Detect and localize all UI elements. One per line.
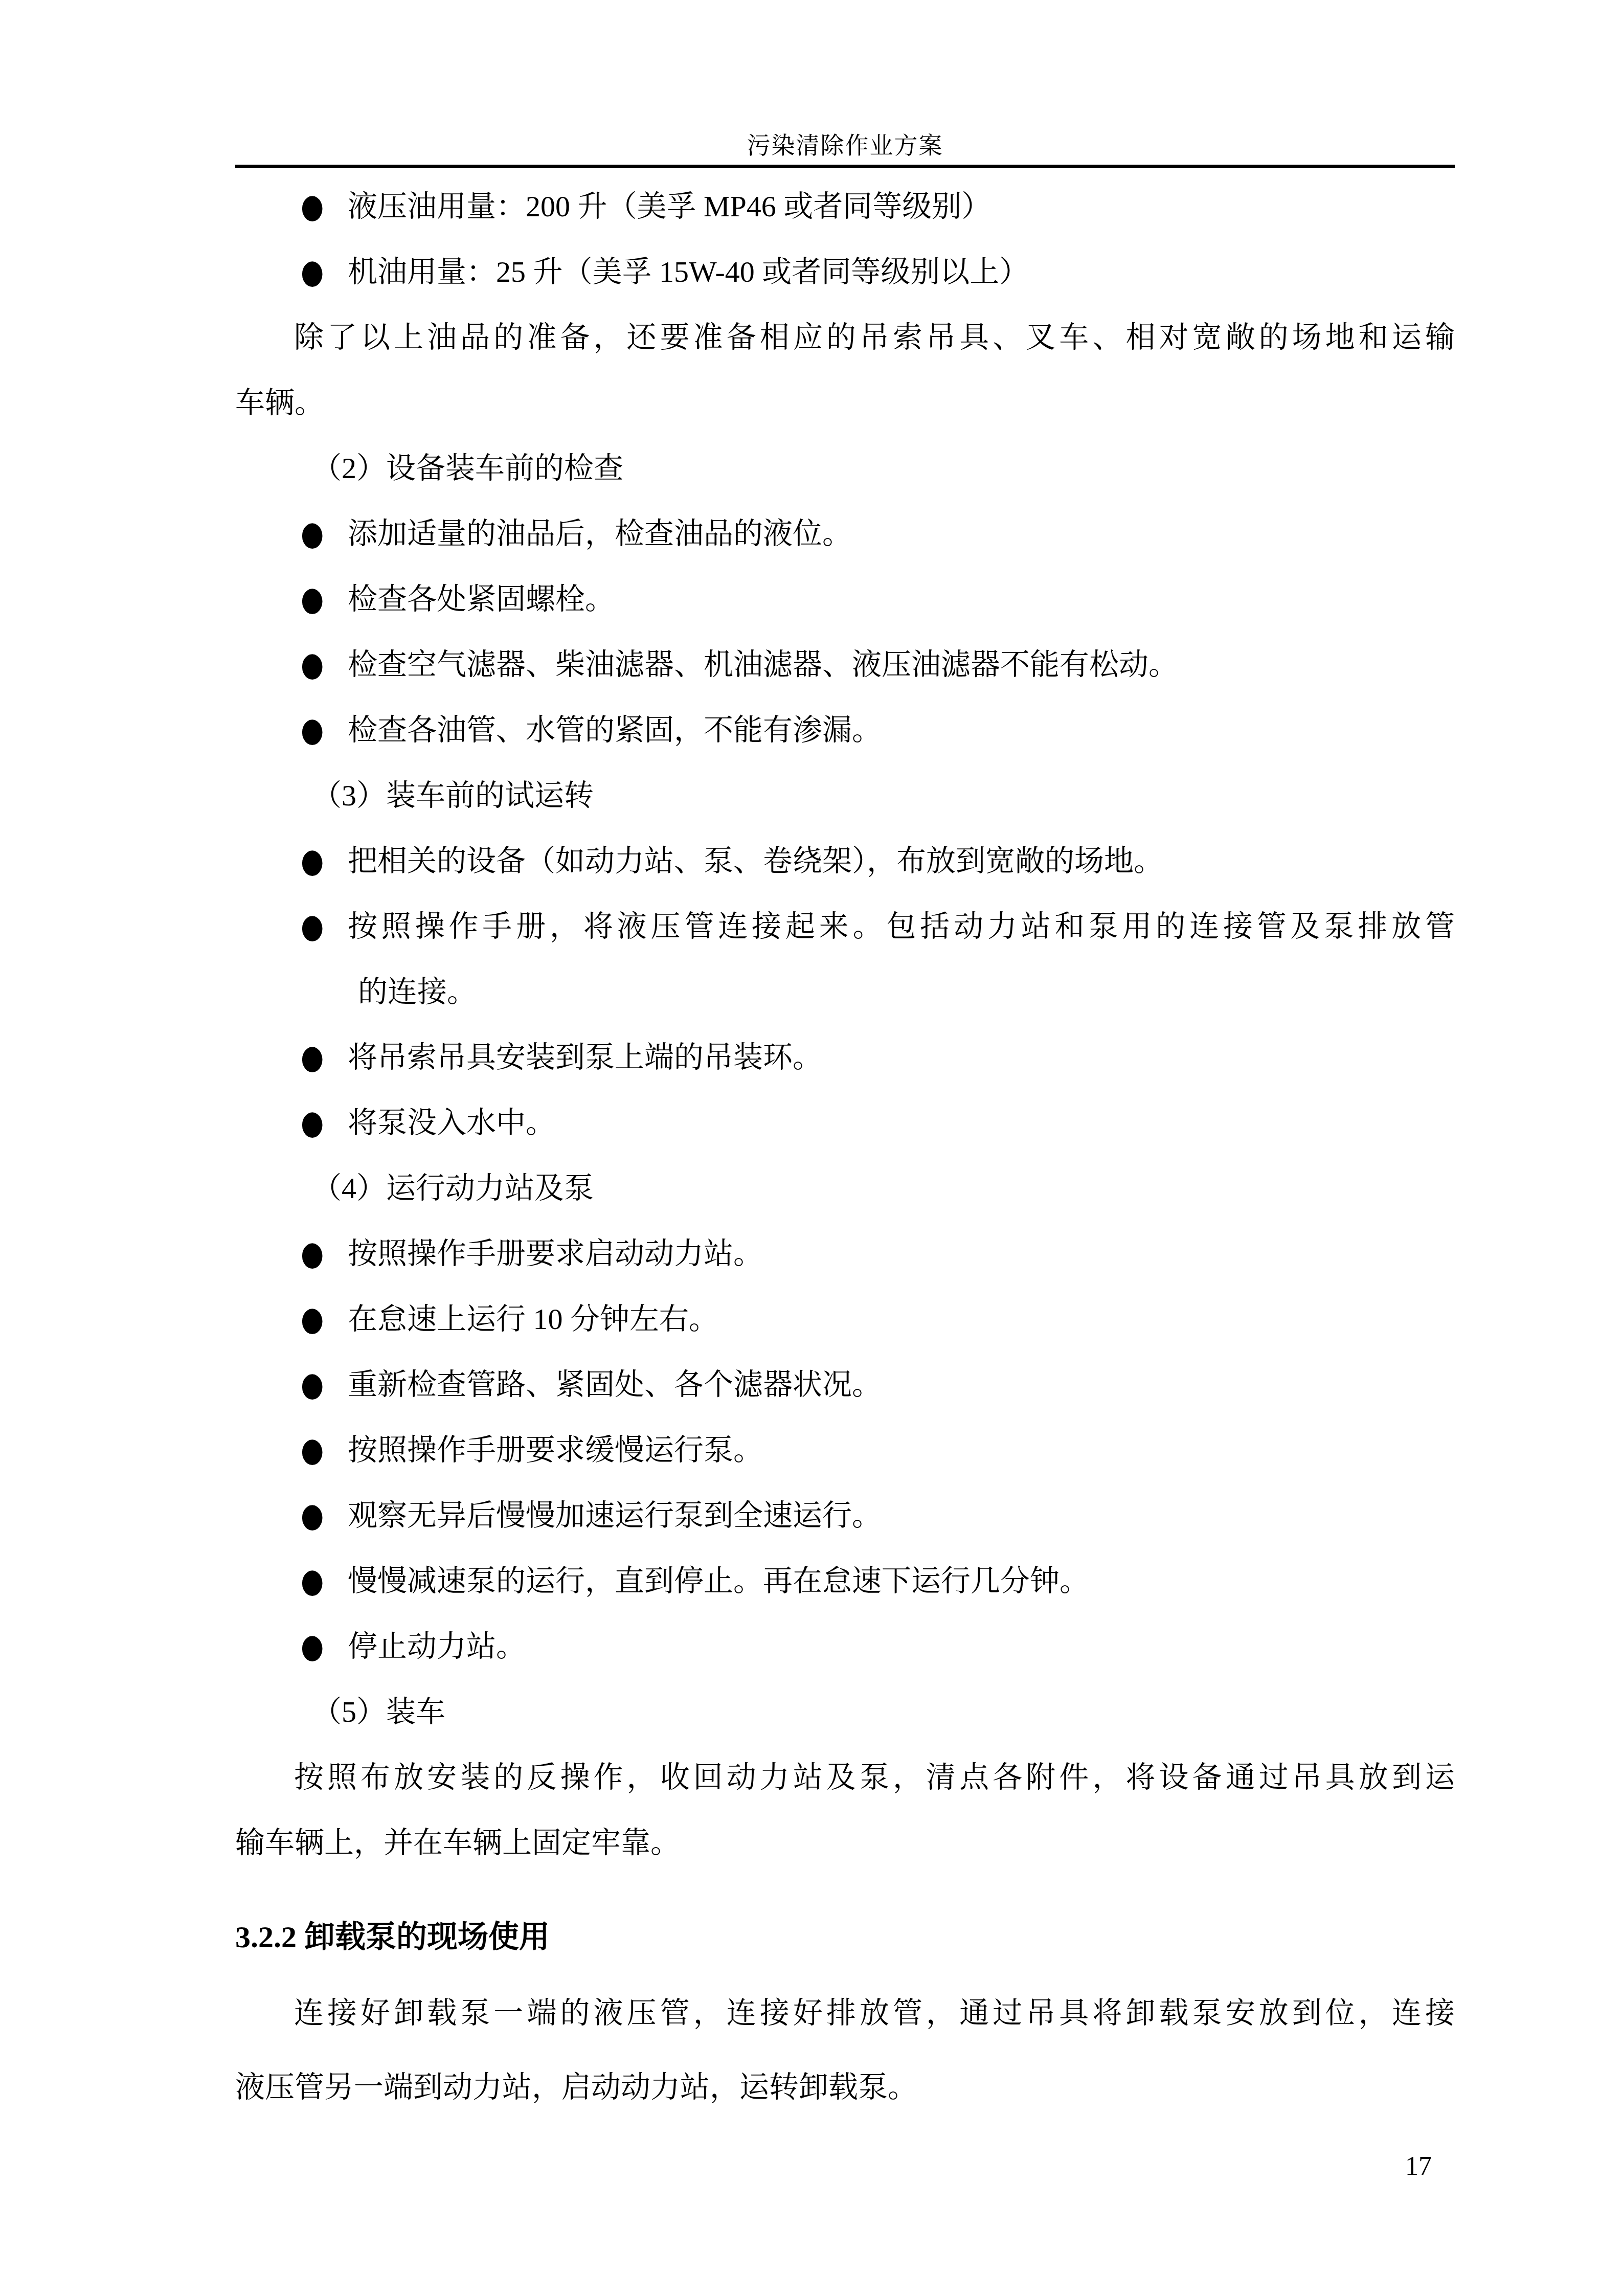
paragraph-line: 除了以上油品的准备，还要准备相应的吊索吊具、叉车、相对宽敞的场地和运输 [235, 305, 1455, 370]
list-item: ● 添加适量的油品后，检查油品的液位。 [235, 501, 1455, 567]
list-item-text: 将吊索吊具安装到泵上端的吊装环。 [348, 1041, 822, 1074]
list-item: ● 将吊索吊具安装到泵上端的吊装环。 [235, 1025, 1455, 1090]
bullet-icon: ● [301, 689, 324, 771]
list-item-text: 慢慢减速泵的运行，直到停止。再在怠速下运行几分钟。 [348, 1564, 1089, 1597]
list-item: ● 液压油用量：200 升（美孚 MP46 或者同等级别） [235, 174, 1455, 239]
header-divider [235, 165, 1455, 168]
list-item: ● 在怠速上运行 10 分钟左右。 [235, 1287, 1455, 1352]
list-item: ● 停止动力站。 [235, 1614, 1455, 1679]
list-item: ● 按照操作手册，将液压管连接起来。包括动力站和泵用的连接管及泵排放管 [235, 894, 1455, 959]
list-item: ● 观察无异后慢慢加速运行泵到全速运行。 [235, 1483, 1455, 1548]
list-item-text: 把相关的设备（如动力站、泵、卷绕架），布放到宽敞的场地。 [348, 844, 1163, 877]
list-item-text: 液压油用量：200 升（美孚 MP46 或者同等级别） [348, 190, 991, 223]
list-item-text: 停止动力站。 [348, 1630, 526, 1663]
list-item: ● 按照操作手册要求缓慢运行泵。 [235, 1417, 1455, 1483]
numbered-heading-2: （2）设备装车前的检查 [235, 436, 1455, 501]
list-item: ● 重新检查管路、紧固处、各个滤器状况。 [235, 1352, 1455, 1417]
bullet-icon: ● [301, 231, 324, 313]
list-item-text: 重新检查管路、紧固处、各个滤器状况。 [348, 1368, 882, 1401]
numbered-heading-5: （5）装车 [235, 1679, 1455, 1745]
list-item: ● 按照操作手册要求启动动力站。 [235, 1221, 1455, 1287]
document-body: ● 液压油用量：200 升（美孚 MP46 或者同等级别） ● 机油用量：25 … [235, 174, 1455, 2124]
list-item: ● 把相关的设备（如动力站、泵、卷绕架），布放到宽敞的场地。 [235, 828, 1455, 894]
paragraph-line: 车辆。 [235, 370, 1455, 436]
page-header-title: 污染清除作业方案 [235, 134, 1455, 157]
list-item: ● 检查空气滤器、柴油滤器、机油滤器、液压油滤器不能有松动。 [235, 632, 1455, 697]
list-item-text: 按照操作手册，将液压管连接起来。包括动力站和泵用的连接管及泵排放管 [348, 910, 1455, 943]
bullet-icon: ● [301, 820, 324, 902]
list-item-text: 检查各油管、水管的紧固，不能有渗漏。 [348, 713, 882, 747]
list-item-text: 添加适量的油品后，检查油品的液位。 [348, 517, 852, 550]
list-item: ● 检查各处紧固螺栓。 [235, 567, 1455, 632]
paragraph-line: 连接好卸载泵一端的液压管，连接好排放管，通过吊具将卸载泵安放到位，连接 [235, 1976, 1455, 2050]
list-item-text: 检查各处紧固螺栓。 [348, 582, 615, 616]
list-item: ● 机油用量：25 升（美孚 15W-40 或者同等级别以上） [235, 239, 1455, 305]
paragraph-line: 按照布放安装的反操作，收回动力站及泵，清点各附件，将设备通过吊具放到运 [235, 1745, 1455, 1810]
list-item-text: 将泵没入水中。 [348, 1106, 555, 1139]
section-heading-3-2-2: 3.2.2 卸载泵的现场使用 [235, 1904, 1455, 1970]
list-item-continuation: 的连接。 [235, 959, 1455, 1025]
numbered-heading-3: （3）装车前的试运转 [235, 763, 1455, 828]
list-item-text: 机油用量：25 升（美孚 15W-40 或者同等级别以上） [348, 255, 1029, 288]
list-item: ● 慢慢减速泵的运行，直到停止。再在怠速下运行几分钟。 [235, 1548, 1455, 1614]
list-item: ● 将泵没入水中。 [235, 1090, 1455, 1156]
numbered-heading-4: （4）运行动力站及泵 [235, 1156, 1455, 1221]
list-item-text: 在怠速上运行 10 分钟左右。 [348, 1302, 718, 1336]
page-number: 17 [1405, 2153, 1432, 2180]
document-page: 污染清除作业方案 ● 液压油用量：200 升（美孚 MP46 或者同等级别） ●… [0, 0, 1623, 2296]
list-item-text: 按照操作手册要求缓慢运行泵。 [348, 1433, 763, 1467]
list-item-text: 按照操作手册要求启动动力站。 [348, 1237, 763, 1270]
paragraph-line: 液压管另一端到动力站，启动动力站，运转卸载泵。 [235, 2050, 1455, 2124]
bullet-icon: ● [301, 1082, 324, 1164]
list-item: ● 检查各油管、水管的紧固，不能有渗漏。 [235, 697, 1455, 763]
list-item-text: 观察无异后慢慢加速运行泵到全速运行。 [348, 1499, 882, 1532]
bullet-icon: ● [301, 1606, 324, 1687]
paragraph-line: 输车辆上，并在车辆上固定牢靠。 [235, 1810, 1455, 1876]
bullet-icon: ● [301, 894, 324, 959]
list-item-text: 检查空气滤器、柴油滤器、机油滤器、液压油滤器不能有松动。 [348, 648, 1178, 681]
